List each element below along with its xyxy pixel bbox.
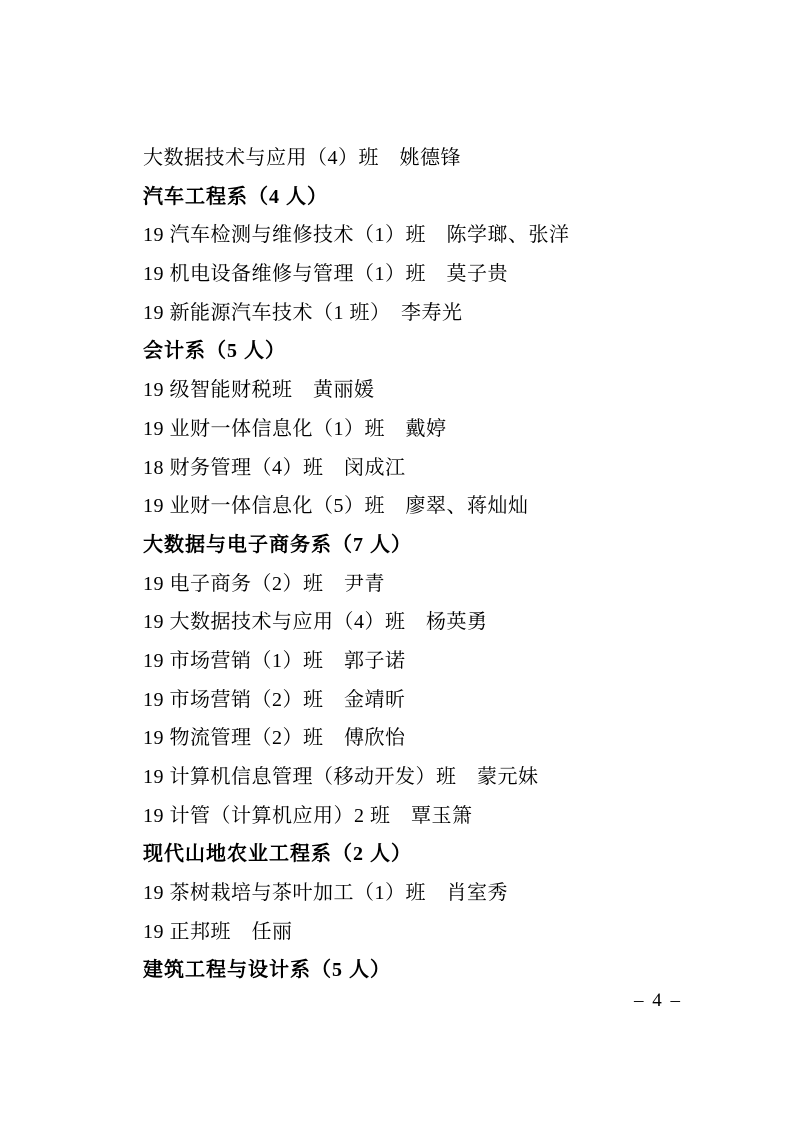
document-line: 19 机电设备维修与管理（1）班 莫子贵 [143, 255, 723, 294]
document-page: 大数据技术与应用（4）班 姚德锋汽车工程系（4 人）19 汽车检测与维修技术（1… [0, 0, 793, 1122]
section-heading: 汽车工程系（4 人） [143, 178, 723, 217]
document-line: 19 大数据技术与应用（4）班 杨英勇 [143, 603, 723, 642]
document-line: 19 业财一体信息化（1）班 戴婷 [143, 410, 723, 449]
page-number: – 4 – [634, 990, 682, 1012]
document-line: 19 计管（计算机应用）2 班 覃玉箫 [143, 797, 723, 836]
document-line: 19 正邦班 任丽 [143, 913, 723, 952]
document-line: 18 财务管理（4）班 闵成江 [143, 449, 723, 488]
section-heading: 大数据与电子商务系（7 人） [143, 526, 723, 565]
section-heading: 现代山地农业工程系（2 人） [143, 835, 723, 874]
document-body: 大数据技术与应用（4）班 姚德锋汽车工程系（4 人）19 汽车检测与维修技术（1… [143, 139, 723, 990]
document-line: 19 市场营销（1）班 郭子诺 [143, 642, 723, 681]
document-line: 19 电子商务（2）班 尹青 [143, 565, 723, 604]
document-line: 19 茶树栽培与茶叶加工（1）班 肖室秀 [143, 874, 723, 913]
document-line: 19 市场营销（2）班 金靖昕 [143, 681, 723, 720]
section-heading: 建筑工程与设计系（5 人） [143, 951, 723, 990]
document-line: 大数据技术与应用（4）班 姚德锋 [143, 139, 723, 178]
document-line: 19 计算机信息管理（移动开发）班 蒙元妹 [143, 758, 723, 797]
document-line: 19 新能源汽车技术（1 班） 李寿光 [143, 294, 723, 333]
document-line: 19 业财一体信息化（5）班 廖翠、蒋灿灿 [143, 487, 723, 526]
document-line: 19 级智能财税班 黄丽媛 [143, 371, 723, 410]
document-line: 19 汽车检测与维修技术（1）班 陈学瑯、张洋 [143, 216, 723, 255]
document-line: 19 物流管理（2）班 傅欣怡 [143, 719, 723, 758]
section-heading: 会计系（5 人） [143, 332, 723, 371]
